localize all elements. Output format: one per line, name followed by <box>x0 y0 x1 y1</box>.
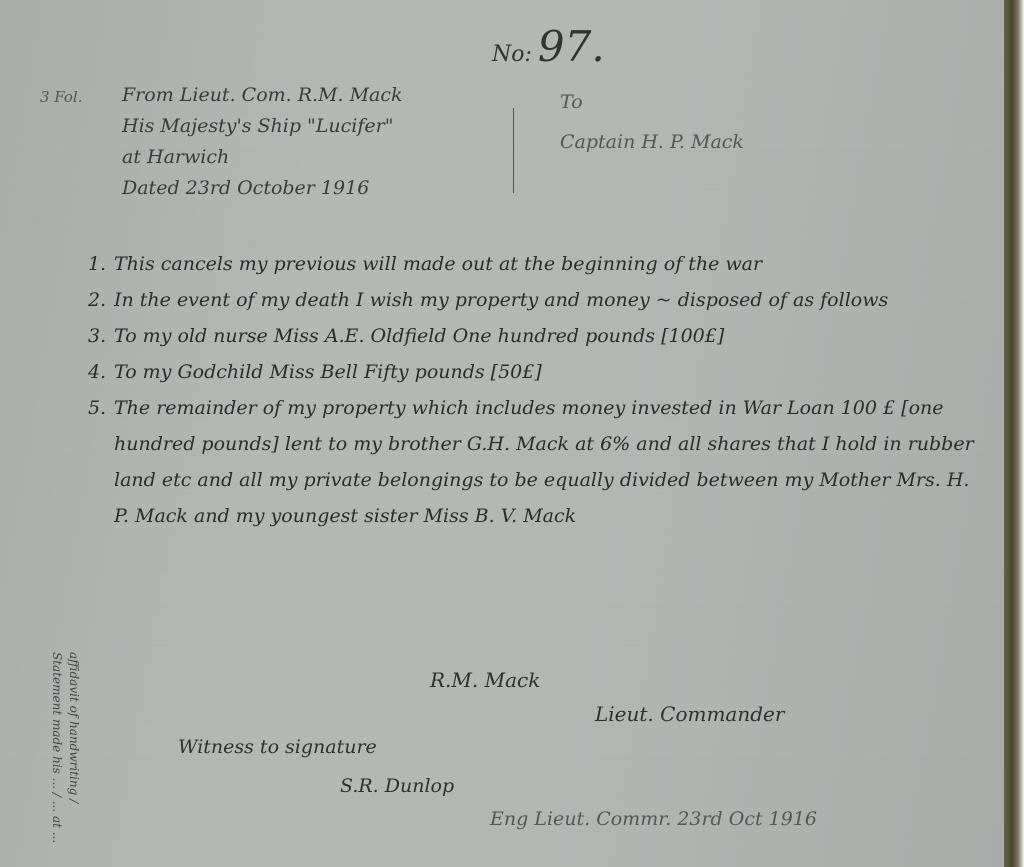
clause-item: 5. The remainder of my property which in… <box>88 390 988 534</box>
witness-label: Witness to signature <box>178 736 377 758</box>
clause-number: 5. <box>88 390 114 534</box>
clause-text: In the event of my death I wish my prope… <box>114 282 988 318</box>
will-clauses: 1. This cancels my previous will made ou… <box>88 246 988 534</box>
signature-rank: Lieut. Commander <box>595 702 784 726</box>
clause-number: 3. <box>88 318 114 354</box>
clause-item: 2. In the event of my death I wish my pr… <box>88 282 988 318</box>
from-line: His Majesty's Ship "Lucifer" <box>122 111 403 142</box>
from-line: From Lieut. Com. R.M. Mack <box>122 80 403 111</box>
to-label: To <box>560 82 744 122</box>
from-line: Dated 23rd October 1916 <box>122 173 403 204</box>
clause-text: To my Godchild Miss Bell Fifty pounds [5… <box>114 354 988 390</box>
from-block: From Lieut. Com. R.M. Mack His Majesty's… <box>122 80 403 204</box>
clause-number: 2. <box>88 282 114 318</box>
clause-text: This cancels my previous will made out a… <box>114 246 988 282</box>
clause-text: The remainder of my property which inclu… <box>114 390 988 534</box>
clause-text: To my old nurse Miss A.E. Oldfield One h… <box>114 318 988 354</box>
witness-rank-date: Eng Lieut. Commr. 23rd Oct 1916 <box>490 808 817 830</box>
signature-name: R.M. Mack <box>430 668 540 692</box>
header-divider <box>513 108 514 193</box>
book-spine-edge <box>1004 0 1024 867</box>
to-name: Captain H. P. Mack <box>560 122 744 162</box>
entry-number: No:97. <box>492 22 605 71</box>
folio-mark: 3 Fol. <box>40 88 83 106</box>
clause-number: 4. <box>88 354 114 390</box>
witness-name: S.R. Dunlop <box>340 775 454 797</box>
margin-note: affidavit of handwriting / Statement mad… <box>22 652 82 862</box>
clause-number: 1. <box>88 246 114 282</box>
clause-item: 3. To my old nurse Miss A.E. Oldfield On… <box>88 318 988 354</box>
from-line: at Harwich <box>122 142 403 173</box>
ledger-page: No:97. 3 Fol. From Lieut. Com. R.M. Mack… <box>0 0 1004 867</box>
to-block: To Captain H. P. Mack <box>560 82 744 162</box>
entry-number-value: 97. <box>538 22 605 71</box>
clause-item: 4. To my Godchild Miss Bell Fifty pounds… <box>88 354 988 390</box>
clause-item: 1. This cancels my previous will made ou… <box>88 246 988 282</box>
entry-number-label: No: <box>492 42 532 67</box>
